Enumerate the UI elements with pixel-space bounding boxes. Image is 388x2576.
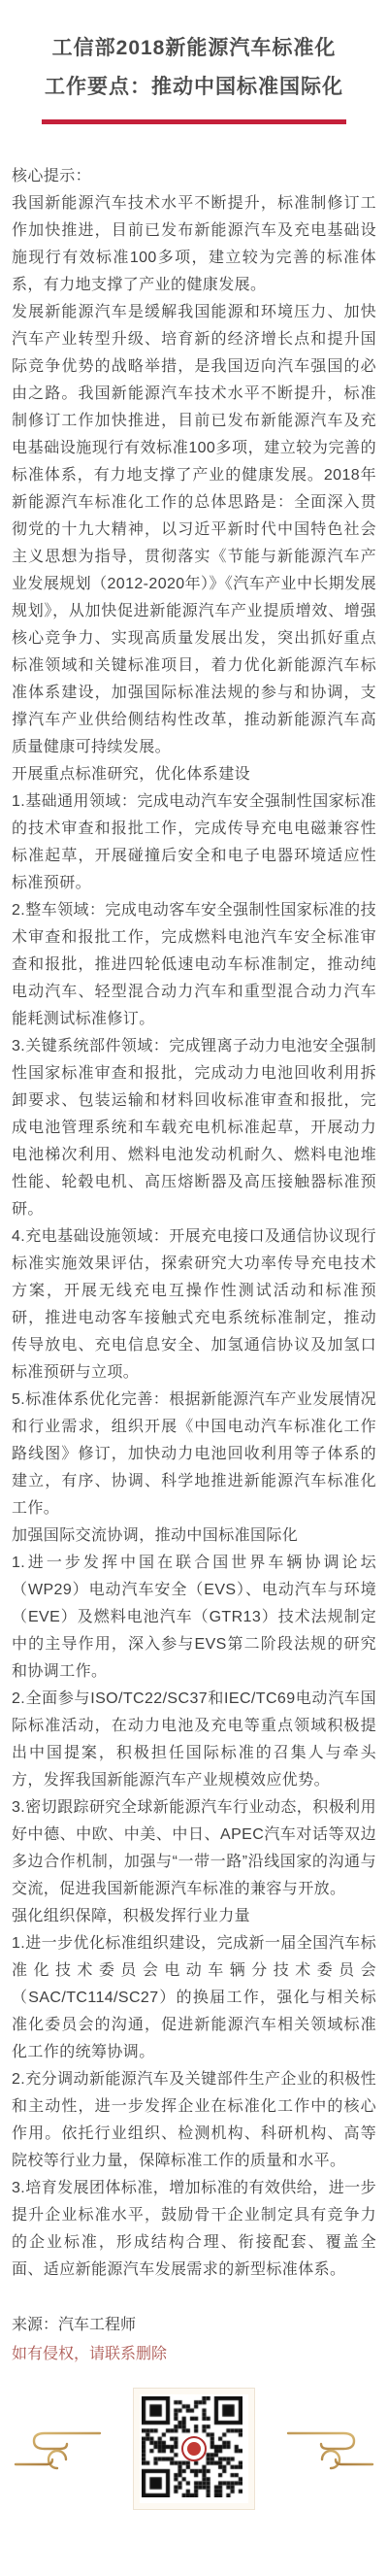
article-paragraph: 3.关键系统部件领域：完成锂离子动力电池安全强制性国家标准审查和报批，完成动力电… <box>12 1033 376 1223</box>
footer-qr-section <box>0 2387 388 2552</box>
qr-center-seal-dot <box>187 2442 201 2456</box>
article-paragraph: 我国新能源汽车技术水平不断提升，标准制修订工作加快推进，目前已发布新能源汽车及充… <box>12 190 376 299</box>
cloud-ornament-icon <box>283 2416 380 2493</box>
article-body: 核心提示： 我国新能源汽车技术水平不断提升，标准制修订工作加快推进，目前已发布新… <box>0 124 388 2284</box>
bottom-padding <box>0 2552 388 2576</box>
article-paragraph: 1.进一步优化标准组织建设，完成新一届全国汽车标准化技术委员会电动车辆分技术委员… <box>12 1930 376 2066</box>
disclaimer-line: 如有侵权，请联系删除 <box>12 2340 376 2369</box>
footer-text-block: 来源：汽车工程师 如有侵权，请联系删除 <box>0 2284 388 2369</box>
article-paragraph: 发展新能源汽车是缓解我国能源和环境压力、加快汽车产业转型升级、培育新的经济增长点… <box>12 299 376 761</box>
article-paragraph: 1.基础通用领域：完成电动汽车安全强制性国家标准的技术审查和报批工作，完成传导充… <box>12 788 376 897</box>
article-paragraph: 强化组织保障，积极发挥行业力量 <box>12 1903 376 1930</box>
article-paragraphs: 我国新能源汽车技术水平不断提升，标准制修订工作加快推进，目前已发布新能源汽车及充… <box>12 190 376 2284</box>
article-paragraph: 3.培育发展团体标准，增加标准的有效供给，进一步提升企业标准水平，鼓励骨干企业制… <box>12 2175 376 2284</box>
article-paragraph: 3.密切跟踪研究全球新能源汽车行业动态，积极利用好中德、中欧、中美、中日、APE… <box>12 1794 376 1903</box>
qr-center-seal-icon <box>181 2436 207 2461</box>
article-paragraph: 2.整车领域：完成电动客车安全强制性国家标准的技术审查和报批工作，完成燃料电池汽… <box>12 897 376 1033</box>
article-paragraph: 开展重点标准研究，优化体系建设 <box>12 761 376 788</box>
article-page: 工信部2018新能源汽车标准化 工作要点：推动中国标准国际化 核心提示： 我国新… <box>0 0 388 2576</box>
article-paragraph: 1.进一步发挥中国在联合国世界车辆协调论坛（WP29）电动汽车安全（EVS）、电… <box>12 1550 376 1686</box>
article-title-line-2: 工作要点：推动中国标准国际化 <box>19 68 369 107</box>
article-paragraph: 4.充电基础设施领域：开展充电接口及通信协议现行标准实施效果评估，探索研究大功率… <box>12 1223 376 1387</box>
article-paragraph: 5.标准体系优化完善：根据新能源汽车产业发展情况和行业需求，组织开展《中国电动汽… <box>12 1387 376 1522</box>
article-title-line-1: 工信部2018新能源汽车标准化 <box>19 29 369 68</box>
qr-code[interactable] <box>134 2389 254 2509</box>
article-title-block: 工信部2018新能源汽车标准化 工作要点：推动中国标准国际化 <box>0 0 388 124</box>
cloud-ornament-icon <box>8 2416 105 2493</box>
article-paragraph: 2.充分调动新能源汽车及关键部件生产企业的积极性和主动性，进一步发挥企业在标准化… <box>12 2066 376 2175</box>
core-tip-label: 核心提示： <box>12 163 376 190</box>
article-paragraph: 加强国际交流协调，推动中国标准国际化 <box>12 1522 376 1550</box>
source-line: 来源：汽车工程师 <box>12 2311 376 2340</box>
article-paragraph: 2.全面参与ISO/TC22/SC37和IEC/TC69电动汽车国际标准活动，在… <box>12 1686 376 1794</box>
